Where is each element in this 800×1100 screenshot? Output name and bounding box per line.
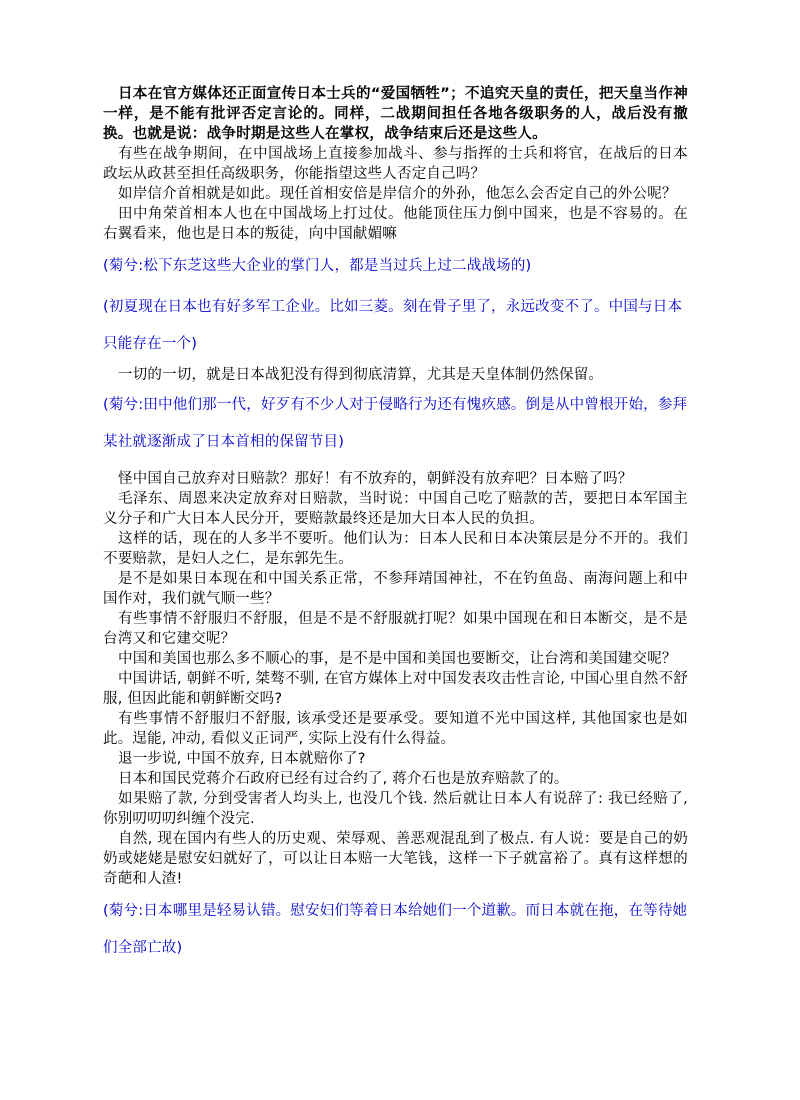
paragraph: 退一步说, 中国不放弃, 日本就赔你了? xyxy=(103,749,688,769)
comment-note: (菊兮:日本哪里是轻易认错。慰安妇们等着日本给她们一个道歉。而日本就在拖，在等待… xyxy=(103,893,688,967)
comment-note: (菊兮:田中他们那一代，好歹有不少人对于侵略行为还有愧疚感。倒是从中曾根开始，参… xyxy=(103,387,688,461)
paragraph: 这样的话，现在的人多半不要听。他们认为：日本人民和日本决策层是分不开的。我们不要… xyxy=(103,529,688,569)
paragraph: 中国和美国也那么多不顺心的事，是不是中国和美国也要断交，让台湾和美国建交呢？ xyxy=(103,649,688,669)
paragraph: 是不是如果日本现在和中国关系正常，不参拜靖国神社，不在钓鱼岛、南海问题上和中国作… xyxy=(103,569,688,609)
paragraph: 如岸信介首相就是如此。现任首相安倍是岸信介的外孙，他怎么会否定自己的外公呢？ xyxy=(103,184,688,204)
bold-paragraph: 日本在官方媒体还正面宣传日本士兵的“爱国牺牲”；不追究天皇的责任，把天皇当作神一… xyxy=(103,84,688,144)
paragraph: 如果赔了款, 分到受害者人均头上, 也没几个钱. 然后就让日本人有说辞了: 我已… xyxy=(103,789,688,829)
paragraph: 有些事情不舒服归不舒服, 该承受还是要承受。要知道不光中国这样, 其他国家也是如… xyxy=(103,709,688,749)
paragraph: 有些在战争期间，在中国战场上直接参加战斗、参与指挥的士兵和将官，在战后的日本政坛… xyxy=(103,144,688,184)
paragraph: 毛泽东、周恩来决定放弃对日赔款，当时说：中国自己吃了赔款的苦，要把日本军国主义分… xyxy=(103,489,688,529)
paragraph: 自然, 现在国内有些人的历史观、荣辱观、善恶观混乱到了极点. 有人说：要是自己的… xyxy=(103,829,688,889)
paragraph: 怪中国自己放弃对日赔款？那好！有不放弃的，朝鲜没有放弃吧？日本赔了吗？ xyxy=(103,469,688,489)
paragraph: 田中角荣首相本人也在中国战场上打过仗。他能顶住压力倒中国来，也是不容易的。在右翼… xyxy=(103,204,688,244)
comment-note: (初夏现在日本也有好多军工企业。比如三菱。刻在骨子里了，永远改变不了。中国与日本… xyxy=(103,289,688,363)
paragraph: 一切的一切，就是日本战犯没有得到彻底清算，尤其是天皇体制仍然保留。 xyxy=(103,365,688,385)
spacer xyxy=(103,461,688,469)
paragraph: 日本和国民党蒋介石政府已经有过合约了, 蒋介石也是放弃赔款了的。 xyxy=(103,769,688,789)
paragraph: 中国讲话, 朝鲜不听, 桀骜不驯, 在官方媒体上对中国发表攻击性言论, 中国心里… xyxy=(103,669,688,709)
document-page: 日本在官方媒体还正面宣传日本士兵的“爱国牺牲”；不追究天皇的责任，把天皇当作神一… xyxy=(103,84,688,967)
paragraph: 有些事情不舒服归不舒服，但是不是不舒服就打呢？如果中国现在和日本断交，是不是台湾… xyxy=(103,609,688,649)
comment-note: (菊兮:松下东芝这些大企业的掌门人，都是当过兵上过二战战场的) xyxy=(103,248,688,285)
